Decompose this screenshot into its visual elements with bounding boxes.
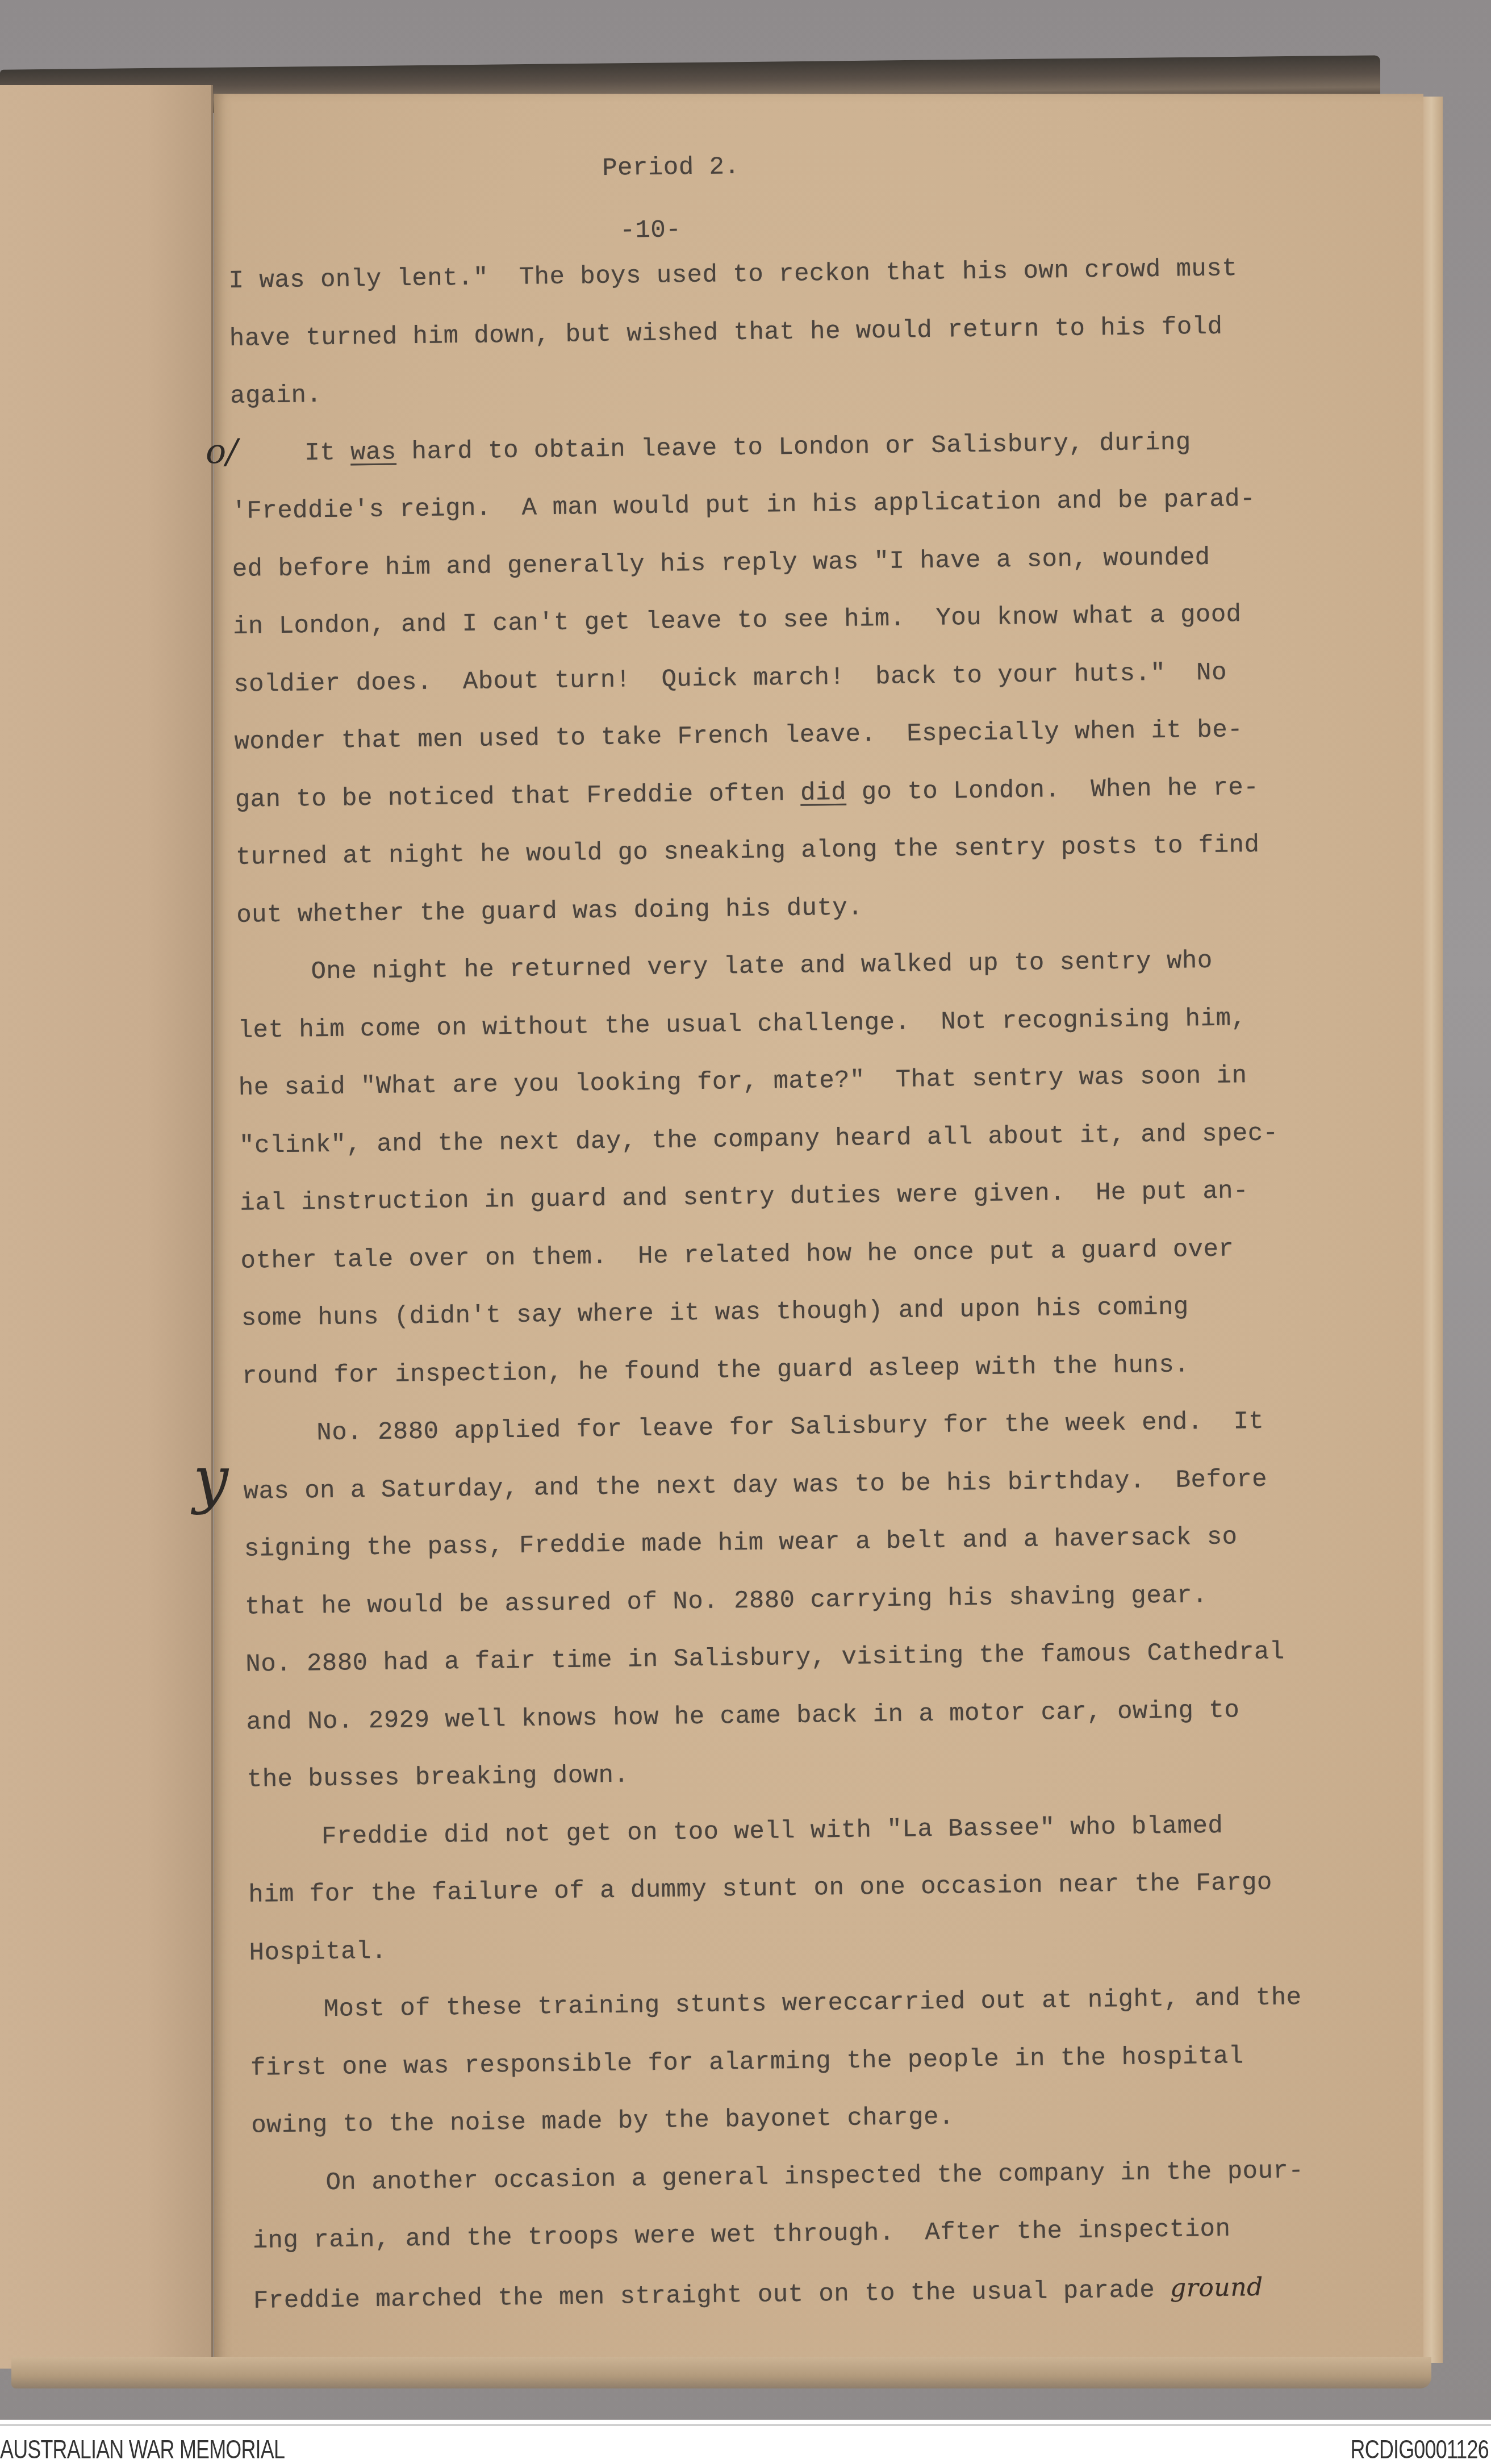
left-page (0, 85, 213, 2369)
underlined-word: was (350, 438, 396, 467)
text-line: again. (230, 381, 322, 411)
institution-label: AUSTRALIAN WAR MEMORIAL (0, 2434, 285, 2464)
page-stack-edge (1420, 97, 1443, 2363)
text-line: Hospital. (249, 1937, 387, 1967)
underlined-word: did (800, 778, 846, 807)
reference-id: RCDIG0001126 (1351, 2434, 1489, 2464)
book-bottom-edge (11, 2357, 1431, 2388)
section-title: Period 2. (602, 153, 740, 183)
text-line: the busses breaking down. (247, 1761, 629, 1794)
paragraph-margin-mark: o/ (206, 432, 237, 471)
footer: AUSTRALIAN WAR MEMORIAL RCDIG0001126 (0, 2424, 1491, 2464)
scan-area: o/ y Period 2. -10- I was only lent." Th… (0, 0, 1491, 2420)
page-number: -10- (620, 216, 681, 245)
initial-margin-mark: y (193, 1443, 228, 1515)
handwritten-correction: ground (1170, 2273, 1263, 2303)
